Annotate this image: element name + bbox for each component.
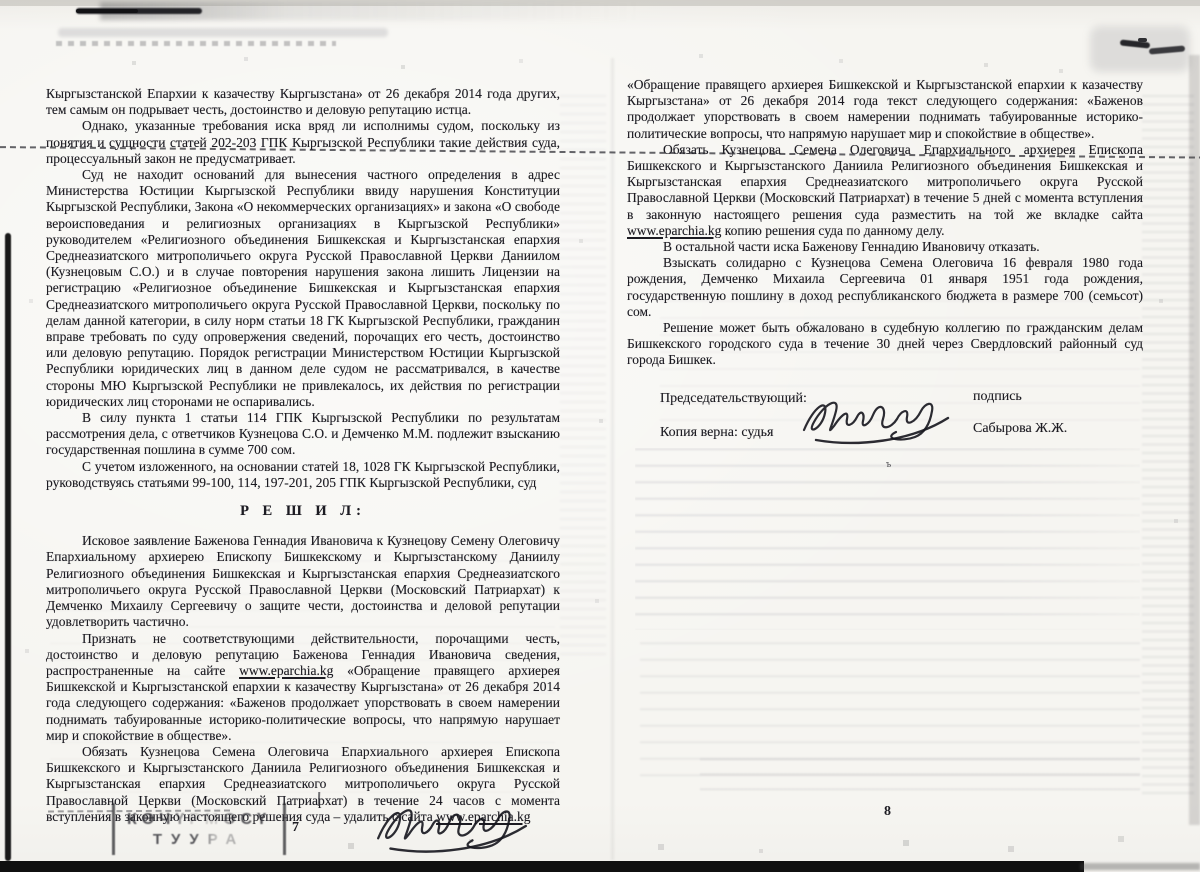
ink-blob [1138,38,1147,42]
paragraph: С учетом изложенного, на основании стате… [46,459,560,491]
paragraph: В остальной части иска Баженову Геннадию… [627,239,1143,255]
text-run: Однако, указанные требования иска вряд л… [46,118,560,165]
paragraph: Взыскать солидарно с Кузнецова Семена Ол… [627,255,1143,320]
url-text: www.eparchia.kg [627,223,721,238]
text-run: Суд не находит оснований для вынесения ч… [46,167,560,409]
paragraph: Решение может быть обжаловано в судебную… [627,320,1143,369]
scanner-bottom-band [0,861,1084,872]
smear-dashes-artifact [56,41,336,46]
paragraph: Суд не находит оснований для вынесения ч… [46,167,560,410]
scan-speckles [0,0,2,2]
paragraph: В силу пункта 1 статьи 114 ГПК Кыргызско… [46,410,560,459]
bleed-through-text [700,758,1140,800]
text-run: Исковое заявление Баженова Геннадия Иван… [46,533,560,629]
judge-name: Сабырова Ж.Ж. [973,421,1067,437]
text-run: Кыргызстанской Епархии к казачеству Кырг… [46,86,560,117]
text-run: Решение может быть обжаловано в судебную… [627,320,1143,367]
copy-certified-label: Копия верна: судья [660,425,774,441]
paragraph: Кыргызстанской Епархии к казачеству Кырг… [46,86,560,118]
scanner-bottom-band-tail [1080,863,1200,870]
page-left: Кыргызстанской Епархии к казачеству Кырг… [46,86,560,825]
page-number-right: 8 [884,804,891,820]
page-number-left: 7 [292,820,299,836]
bleed-through-text [635,448,1140,630]
paragraph: «Обращение правящего архиерея Бишкекской… [627,77,1143,142]
page-right: «Обращение правящего архиерея Бишкекской… [627,77,1143,369]
judge-signature-scribble [798,386,956,450]
stamp-text-line1: КӨЧҮРМӨСҮ [127,811,271,829]
bleed-through-text [560,95,606,655]
bleed-through-text [1142,95,1194,795]
paragraph: Однако, указанные требования иска вряд л… [46,118,560,167]
presiding-label: Председательствующий: [660,391,807,407]
text-run: В силу пункта 1 статьи 114 ГПК Кыргызско… [46,410,560,457]
text-run: «Обращение правящего архиерея Бишкекской… [627,77,1143,141]
scanner-left-edge-line [5,233,11,861]
text-run: С учетом изложенного, на основании стате… [46,459,560,490]
signature-caption: подпись [973,389,1022,405]
text-run: В остальной части иска Баженову Геннадию… [663,239,1040,254]
paragraph: Исковое заявление Баженова Геннадия Иван… [46,533,560,630]
decision-heading: Р Е Ш И Л: [46,503,560,519]
smear-artifact [58,28,388,37]
judge-signature-scribble [372,792,534,860]
left-page-body-bottom: Исковое заявление Баженова Геннадия Иван… [46,533,560,825]
top-ink-streak-dark [76,9,138,13]
text-run: копию решения суда по данному делу. [721,223,944,238]
url-text: www.eparchia.kg [239,663,333,678]
paragraph: Признать не соответствующими действитель… [46,631,560,744]
stamp-text-line2: ТУУРА [153,831,245,848]
right-page-body: «Обращение правящего архиерея Бишкекской… [627,77,1143,369]
page-fold-shadow [611,58,614,860]
stray-ink-mark: ъ [886,459,891,470]
scanner-right-edge-shade [1189,55,1200,825]
scanned-court-decision: Кыргызстанской Епархии к казачеству Кырг… [0,0,1200,872]
text-run: Взыскать солидарно с Кузнецова Семена Ол… [627,255,1143,319]
